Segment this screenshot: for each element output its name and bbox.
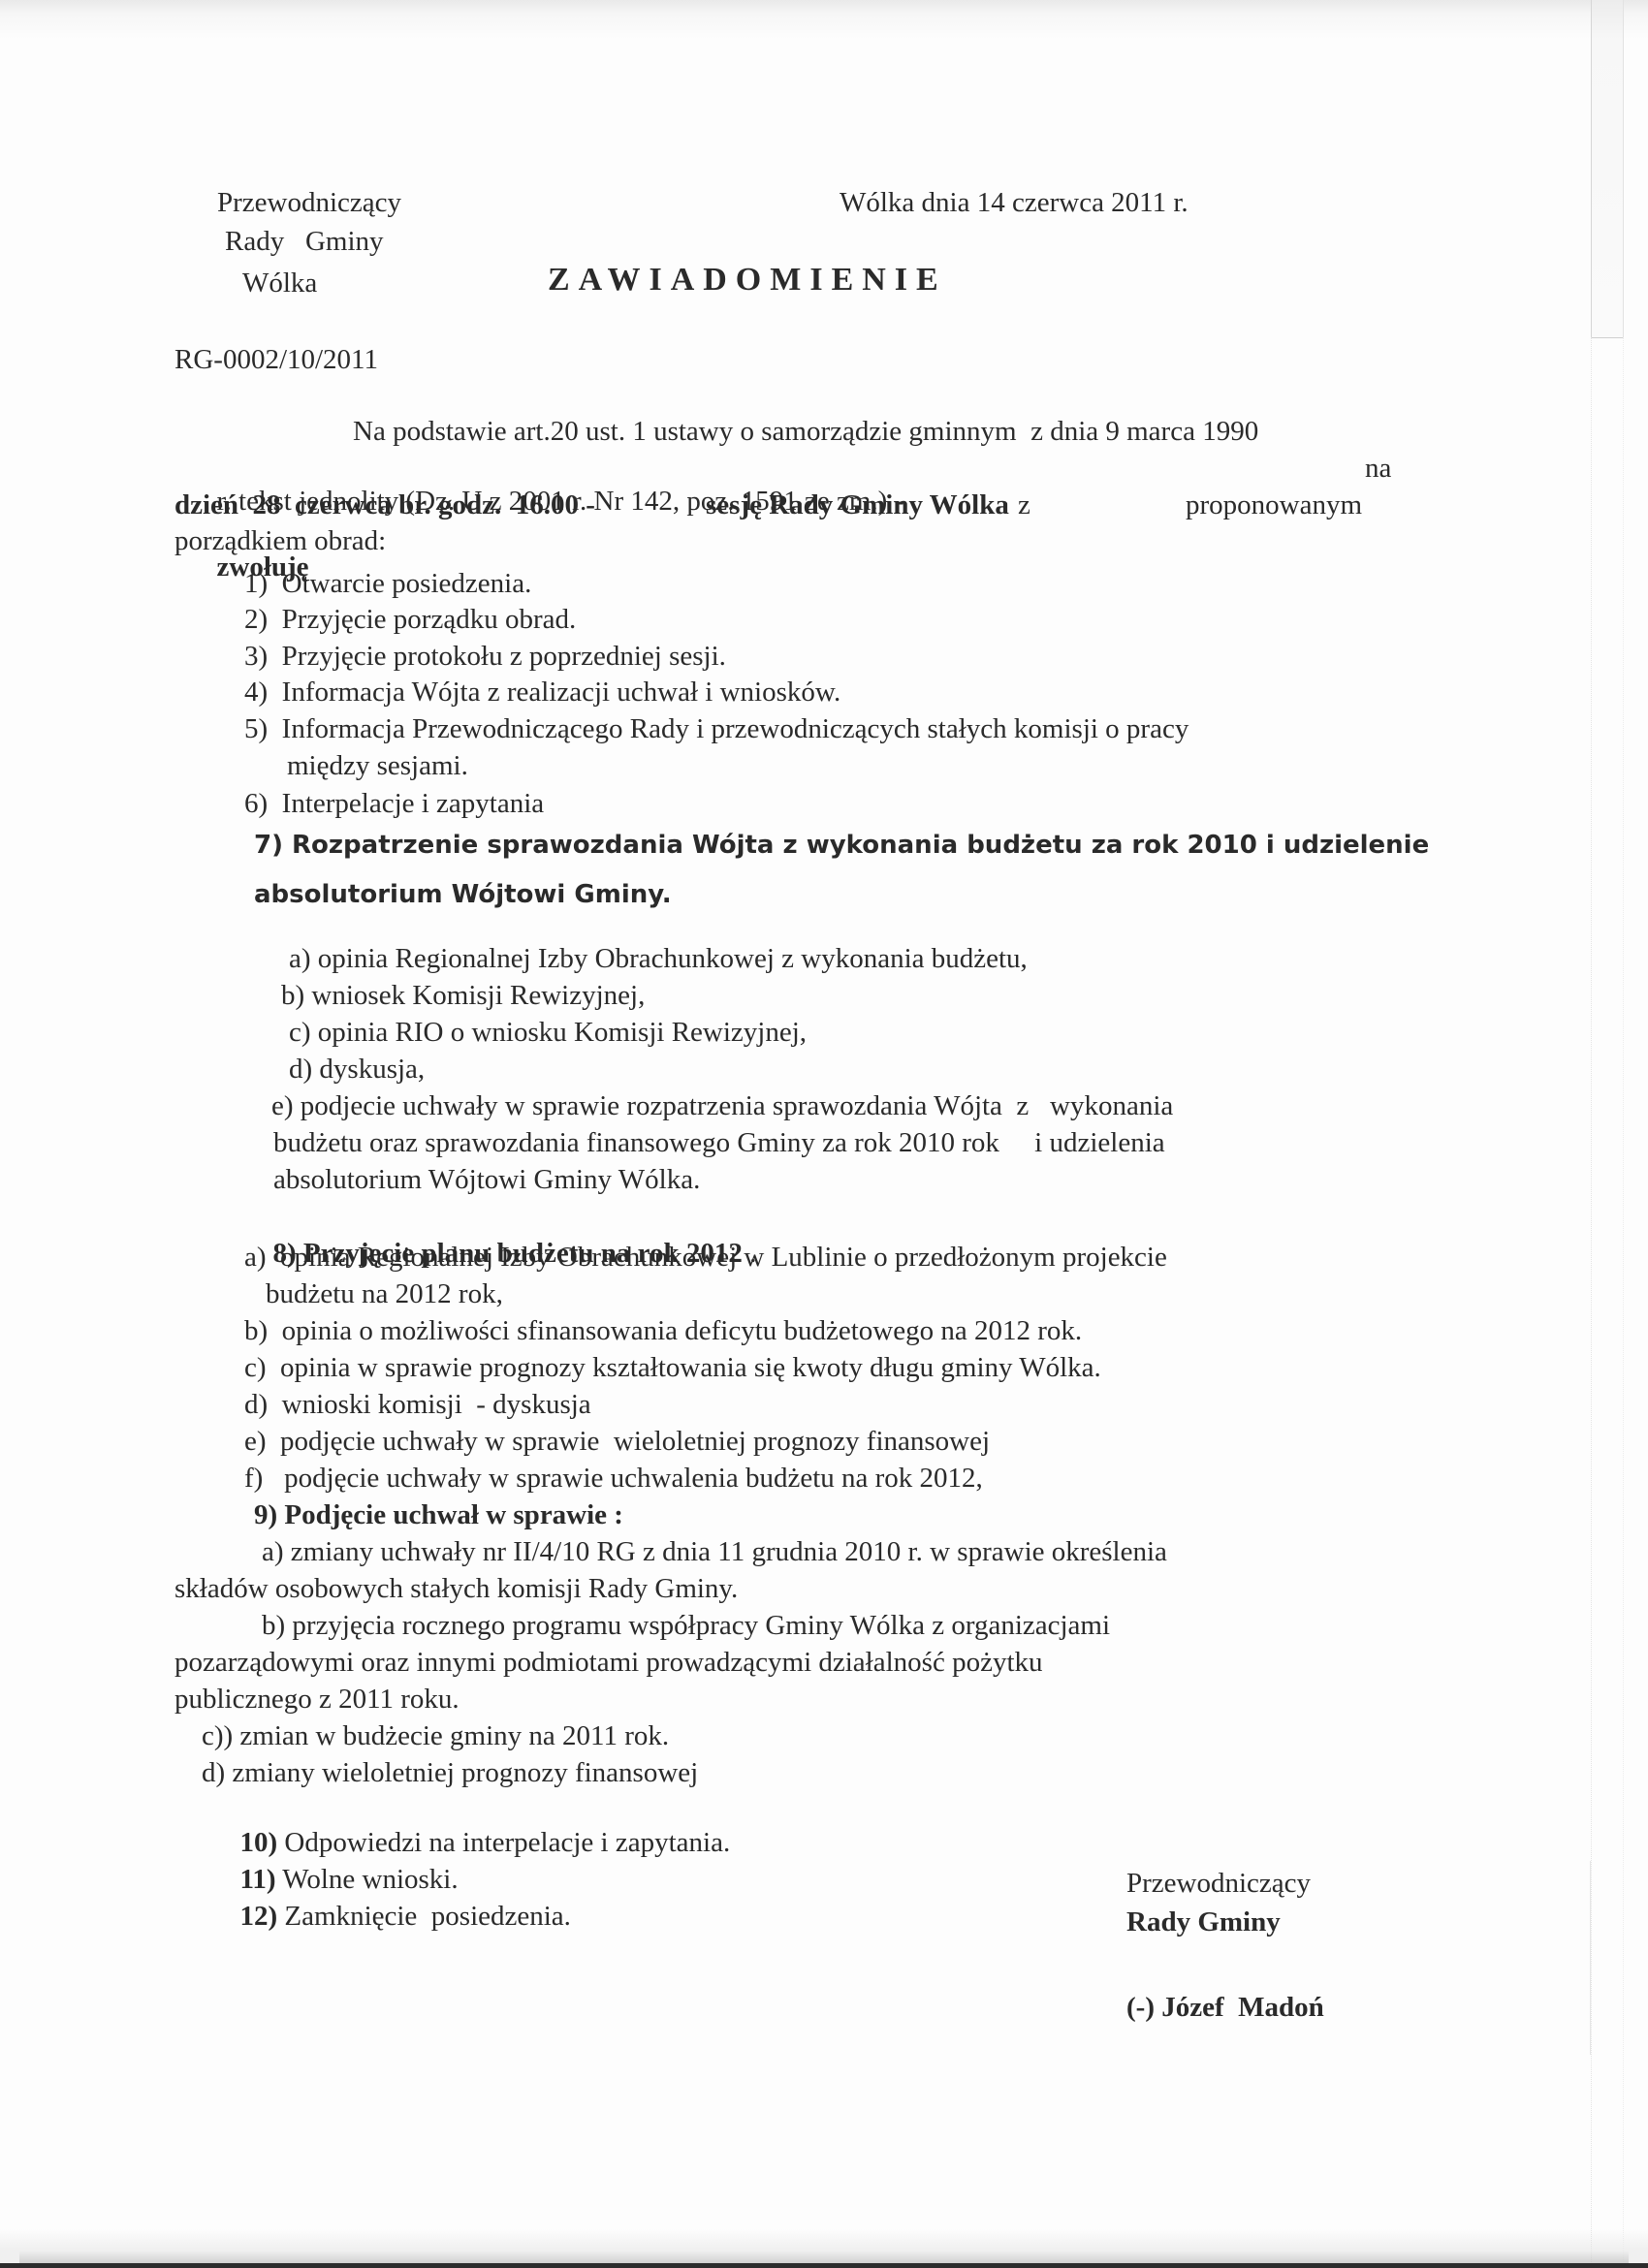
agenda-subitem-cont: budżetu oraz sprawozdania finansowego Gm… bbox=[273, 1126, 1165, 1159]
scan-edge-artifact bbox=[1591, 0, 1624, 338]
agenda-item: 5) Informacja Przewodniczącego Rady i pr… bbox=[244, 712, 1188, 745]
agenda-subitem-cont: budżetu na 2012 rok, bbox=[266, 1277, 503, 1310]
agenda-subitem: d) zmiany wieloletniej prognozy finansow… bbox=[202, 1756, 698, 1789]
sender-title: Przewodniczący bbox=[217, 186, 401, 219]
scan-bottom-shadow bbox=[19, 2251, 1629, 2263]
agenda-subitem: a) zmiany uchwały nr II/4/10 RG z dnia 1… bbox=[262, 1535, 1167, 1568]
agenda-item-text: Zamknięcie posiedzenia. bbox=[277, 1901, 571, 1932]
intro-text: porządkiem obrad: bbox=[174, 524, 386, 557]
agenda-subitem-cont: publicznego z 2011 roku. bbox=[174, 1683, 460, 1716]
agenda-item: 6) Interpelacje i zapytania bbox=[244, 787, 544, 820]
signature-council: Rady Gminy bbox=[1126, 1906, 1281, 1938]
agenda-item: 3) Przyjęcie protokołu z poprzedniej ses… bbox=[244, 640, 726, 673]
signatory-name: (-) Józef Madoń bbox=[1126, 1991, 1324, 2024]
agenda-subitem: e) podjecie uchwały w sprawie rozpatrzen… bbox=[271, 1089, 1173, 1122]
agenda-subitem-cont: pozarządowymi oraz innymi podmiotami pro… bbox=[174, 1646, 1043, 1679]
agenda-subitem-cont: składów osobowych stałych komisji Rady G… bbox=[174, 1572, 738, 1605]
agenda-item-cont: między sesjami. bbox=[287, 749, 468, 782]
intro-text: z bbox=[1018, 488, 1030, 521]
scan-edge-artifact bbox=[1590, 1861, 1648, 2055]
agenda-subitem: a) opinia Regionalnej Izby Obrachunkowej… bbox=[289, 942, 1028, 975]
agenda-item-number: 12) bbox=[240, 1901, 278, 1932]
agenda-subitem: c) opinia w sprawie prognozy kształtowan… bbox=[244, 1351, 1101, 1384]
signature-title: Przewodniczący bbox=[1126, 1867, 1311, 1900]
agenda-subitem: c)) zmian w budżecie gminy na 2011 rok. bbox=[202, 1719, 669, 1752]
agenda-subitem-cont: absolutorium Wójtowi Gminy Wólka. bbox=[273, 1163, 700, 1196]
document-title: ZAWIADOMIENIE bbox=[548, 264, 947, 297]
intro-text: na bbox=[1365, 452, 1391, 485]
agenda-subitem: c) opinia RIO o wniosku Komisji Rewizyjn… bbox=[289, 1016, 807, 1049]
agenda-item-highlighted-cont: absolutorium Wójtowi Gminy. bbox=[254, 878, 672, 911]
agenda-subitem: b) przyjęcia rocznego programu współprac… bbox=[262, 1609, 1110, 1642]
agenda-subitem: e) podjęcie uchwały w sprawie wieloletni… bbox=[244, 1425, 990, 1458]
scanned-page: Przewodniczący Rady Gminy Wólka Wólka dn… bbox=[0, 0, 1648, 2268]
agenda-subitem: b) opinia o możliwości sfinansowania def… bbox=[244, 1314, 1082, 1347]
reference-number: RG-0002/10/2011 bbox=[174, 343, 378, 376]
sender-municipality: Wólka bbox=[242, 267, 317, 299]
agenda-item: 1) Otwarcie posiedzenia. bbox=[244, 567, 531, 600]
agenda-subitem: d) wnioski komisji - dyskusja bbox=[244, 1388, 591, 1421]
intro-line: Na podstawie art.20 ust. 1 ustawy o samo… bbox=[353, 415, 1258, 448]
agenda-item: 2) Przyjęcie porządku obrad. bbox=[244, 603, 576, 636]
scan-bottom-strip bbox=[0, 2263, 1648, 2268]
session-name: sesję Rady Gminy Wólka bbox=[706, 488, 1009, 521]
agenda-subitem: d) dyskusja, bbox=[289, 1053, 425, 1086]
intro-text: proponowanym bbox=[1186, 488, 1362, 521]
sender-council: Rady Gminy bbox=[225, 225, 384, 258]
agenda-subitem: b) wniosek Komisji Rewizyjnej, bbox=[281, 979, 645, 1012]
agenda-subitem: f) podjęcie uchwały w sprawie uchwalenia… bbox=[244, 1462, 983, 1495]
agenda-item: 4) Informacja Wójta z realizacji uchwał … bbox=[244, 676, 840, 709]
agenda-item-highlighted: 7) Rozpatrzenie sprawozdania Wójta z wyk… bbox=[254, 829, 1429, 862]
agenda-subitem: a) opinia Regionalnej Izby Obrachunkowej… bbox=[244, 1241, 1167, 1274]
session-datetime: dzień 28 czerwca br. godz. 16.00 - bbox=[174, 488, 595, 521]
agenda-item-title: 9) Podjęcie uchwał w sprawie : bbox=[254, 1498, 623, 1531]
place-date: Wólka dnia 14 czerwca 2011 r. bbox=[840, 186, 1188, 219]
agenda-item: 12) Zamknięcie posiedzenia. bbox=[198, 1867, 571, 1966]
